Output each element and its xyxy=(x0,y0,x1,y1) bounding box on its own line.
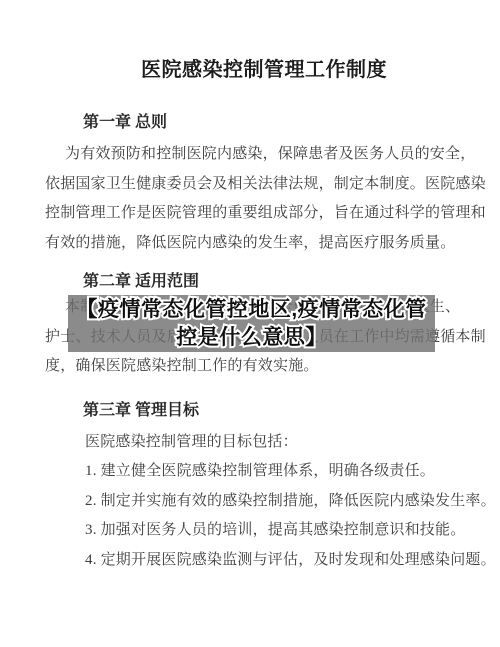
goal-item: 3. 加强对医务人员的培训，提高其感染控制意识和技能。 xyxy=(45,516,483,545)
section-heading-chapter-1: 第一章 总则 xyxy=(45,112,167,134)
chapter-3-goals: 医院感染控制管理的目标包括： 1. 建立健全医院感染控制管理体系，明确各级责任。… xyxy=(45,428,483,575)
goal-item: 1. 建立健全医院感染控制管理体系，明确各级责任。 xyxy=(45,457,483,486)
paragraph-line: 为有效预防和控制医院内感染，保障患者及医务人员的安全， xyxy=(45,140,483,170)
goal-item: 2. 制定并实施有效的感染控制措施，降低医院内感染发生率。 xyxy=(45,487,483,516)
section-heading-chapter-3: 第三章 管理目标 xyxy=(45,400,199,422)
paragraph-line: 依据国家卫生健康委员会及相关法律法规，制定本制度。医院感染 xyxy=(45,170,483,200)
caption-overlay-text-line-1: 【疫情常态化管控地区,疫情常态化管 xyxy=(76,296,426,324)
page-title: 医院感染控制管理工作制度 xyxy=(45,58,483,82)
paragraph-line: 控制管理工作是医院管理的重要组成部分，旨在通过科学的管理和 xyxy=(45,199,483,229)
document-page: 医院感染控制管理工作制度 第一章 总则 为有效预防和控制医院内感染，保障患者及医… xyxy=(0,0,500,647)
caption-overlay-text-line-2: 控是什么意思】 xyxy=(176,324,327,352)
goal-item: 4. 定期开展医院感染监测与评估，及时发现和处理感染问题。 xyxy=(45,546,483,575)
paragraph-line: 有效的措施，降低医院内感染的发生率，提高医疗服务质量。 xyxy=(45,229,483,259)
chapter-1-paragraph: 为有效预防和控制医院内感染，保障患者及医务人员的安全， 依据国家卫生健康委员会及… xyxy=(45,140,483,258)
goals-intro: 医院感染控制管理的目标包括： xyxy=(45,428,483,457)
section-heading-chapter-2: 第二章 适用范围 xyxy=(45,271,199,293)
paragraph-line: 度，确保医院感染控制工作的有效实施。 xyxy=(45,352,483,382)
caption-overlay-box: 【疫情常态化管控地区,疫情常态化管 控是什么意思】 xyxy=(68,295,435,352)
